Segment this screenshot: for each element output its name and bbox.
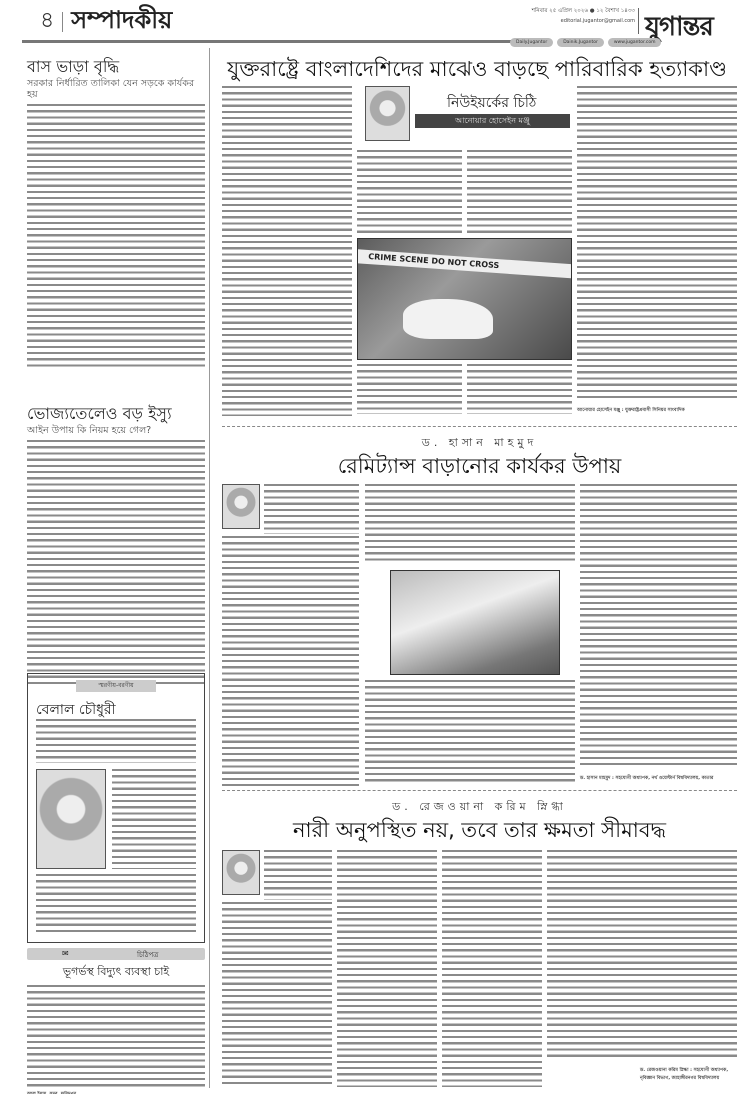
- editorial-body: [27, 440, 205, 685]
- divider: [62, 12, 63, 32]
- lead-body-5: [467, 364, 572, 414]
- author-band: আনোয়ার হোসেইন মঞ্জু: [415, 114, 570, 128]
- women-body-2: [222, 902, 332, 1087]
- editorial-title: ভোজ্যতেলেও বড় ইস্যু: [27, 405, 205, 423]
- envelope-icon: ✉: [62, 949, 69, 958]
- author-photo: [222, 484, 260, 529]
- letters-band: ✉ চিঠিপত্র: [27, 948, 205, 960]
- lead-body-3: [467, 150, 572, 235]
- women-body-1: [264, 850, 332, 900]
- editorial-subtitle: আইন উপায় কি নিয়ম হয়ে গেল?: [27, 425, 205, 436]
- women-body-4: [442, 850, 542, 1087]
- lead-body-6: [577, 86, 737, 401]
- page-number: ৪: [40, 10, 54, 32]
- remittance-illustration: [390, 570, 560, 675]
- remembrance-box: স্মরণীয়-বরণীয় বেলাল চৌধুরী: [27, 673, 205, 943]
- author-note: ড. হাসান মাহমুদ : সহযোগী অধ্যাপক, নর্থ ও…: [580, 774, 713, 782]
- letter-body: [27, 985, 205, 1090]
- remittance-body-4: [365, 680, 575, 785]
- women-headline: নারী অনুপস্থিত নয়, তবে তার ক্ষমতা সীমাব…: [222, 819, 737, 842]
- social-links: Daily.Jugantor Dainik.Jugantor www.jugan…: [510, 38, 661, 47]
- editorial-2: ভোজ্যতেলেও বড় ইস্যু আইন উপায় কি নিয়ম …: [27, 405, 205, 685]
- lead-body-4: [357, 364, 462, 414]
- website-link[interactable]: www.jugantor.com: [608, 38, 662, 47]
- remittance-body-2: [222, 536, 359, 786]
- editorial-subtitle: সরকার নির্ধারিত তালিকা যেন সড়কে কার্যকর…: [27, 78, 205, 101]
- section-divider: [222, 426, 737, 427]
- women-body-3: [337, 850, 437, 1087]
- author-photo: [222, 850, 260, 895]
- date-line: শনিবার ২৫ এপ্রিল ২০২৬ ● ১২ বৈশাখ ১৪৩৩: [480, 8, 635, 16]
- remittance-body-3: [365, 484, 575, 564]
- women-byline: ড. রেজওয়ানা করিম স্নিগ্ধা: [222, 798, 737, 817]
- editorial-title: বাস ভাড়া বৃদ্ধি: [27, 58, 205, 76]
- author-note: ড. রেজওয়ানা করিম স্নিগ্ধা : সহযোগী অধ্য…: [640, 1066, 740, 1082]
- divider: [638, 8, 639, 34]
- remembrance-body-3: [36, 874, 196, 934]
- column-rule: [209, 48, 210, 1088]
- masthead-left: ৪ সম্পাদকীয়: [40, 8, 172, 32]
- masthead-rule: [22, 40, 532, 43]
- remittance-byline: ড. হাসান মাহমুদ: [222, 434, 737, 453]
- section-divider: [222, 790, 737, 791]
- crime-scene-photo: CRIME SCENE DO NOT CROSS: [357, 238, 572, 360]
- editorial-1: বাস ভাড়া বৃদ্ধি সরকার নির্ধারিত তালিকা …: [27, 58, 205, 369]
- portrait-photo: [36, 769, 106, 869]
- letter-title: ভূগর্ভস্থ বিদ্যুৎ ব্যবস্থা চাই: [27, 963, 205, 982]
- letters-section: ✉ চিঠিপত্র ভূগর্ভস্থ বিদ্যুৎ ব্যবস্থা চা…: [27, 948, 205, 1094]
- social-link-x[interactable]: Daily.Jugantor: [510, 38, 553, 47]
- remittance-body-1: [264, 484, 359, 534]
- remittance-header: ড. হাসান মাহমুদ রেমিট্যান্স বাড়ানোর কার…: [222, 434, 737, 478]
- remembrance-band: স্মরণীয়-বরণীয়: [76, 680, 156, 692]
- women-header: ড. রেজওয়ানা করিম স্নিগ্ধা নারী অনুপস্থি…: [222, 798, 737, 842]
- letter-signature: আল ইমাম, সদর, ফরিদপুর: [27, 1090, 205, 1094]
- editorial-body: [27, 104, 205, 369]
- author-note: আনোয়ার হোসেইন মঞ্জু : যুক্তরাষ্ট্রপ্রবা…: [577, 406, 685, 414]
- lead-headline: যুক্তরাষ্ট্রে বাংলাদেশিদের মাঝেও বাড়ছে …: [222, 58, 732, 81]
- remembrance-body-2: [112, 769, 196, 869]
- remittance-headline: রেমিট্যান্স বাড়ানোর কার্যকর উপায়: [222, 455, 737, 478]
- lead-column-header: নিউইয়র্কের চিঠি আনোয়ার হোসেইন মঞ্জু: [357, 86, 572, 146]
- letters-label: চিঠিপত্র: [137, 949, 158, 961]
- women-body-5: [547, 850, 737, 1060]
- remembrance-body: [36, 719, 196, 763]
- covered-body: [403, 299, 493, 339]
- social-link-facebook[interactable]: Dainik.Jugantor: [557, 38, 604, 47]
- lead-headline-wrap: যুক্তরাষ্ট্রে বাংলাদেশিদের মাঝেও বাড়ছে …: [222, 58, 732, 81]
- column-title: নিউইয়র্কের চিঠি: [447, 91, 536, 115]
- email-link[interactable]: editorial.jugantor@gmail.com: [480, 18, 635, 24]
- lead-body-1: [222, 86, 352, 416]
- crime-tape: CRIME SCENE DO NOT CROSS: [357, 249, 572, 280]
- masthead-right: শনিবার ২৫ এপ্রিল ২০২৬ ● ১২ বৈশাখ ১৪৩৩ ed…: [480, 8, 742, 24]
- section-title: সম্পাদকীয়: [71, 8, 172, 32]
- lead-body-2: [357, 150, 462, 235]
- remittance-body-5: [580, 484, 737, 769]
- author-photo: [365, 86, 410, 141]
